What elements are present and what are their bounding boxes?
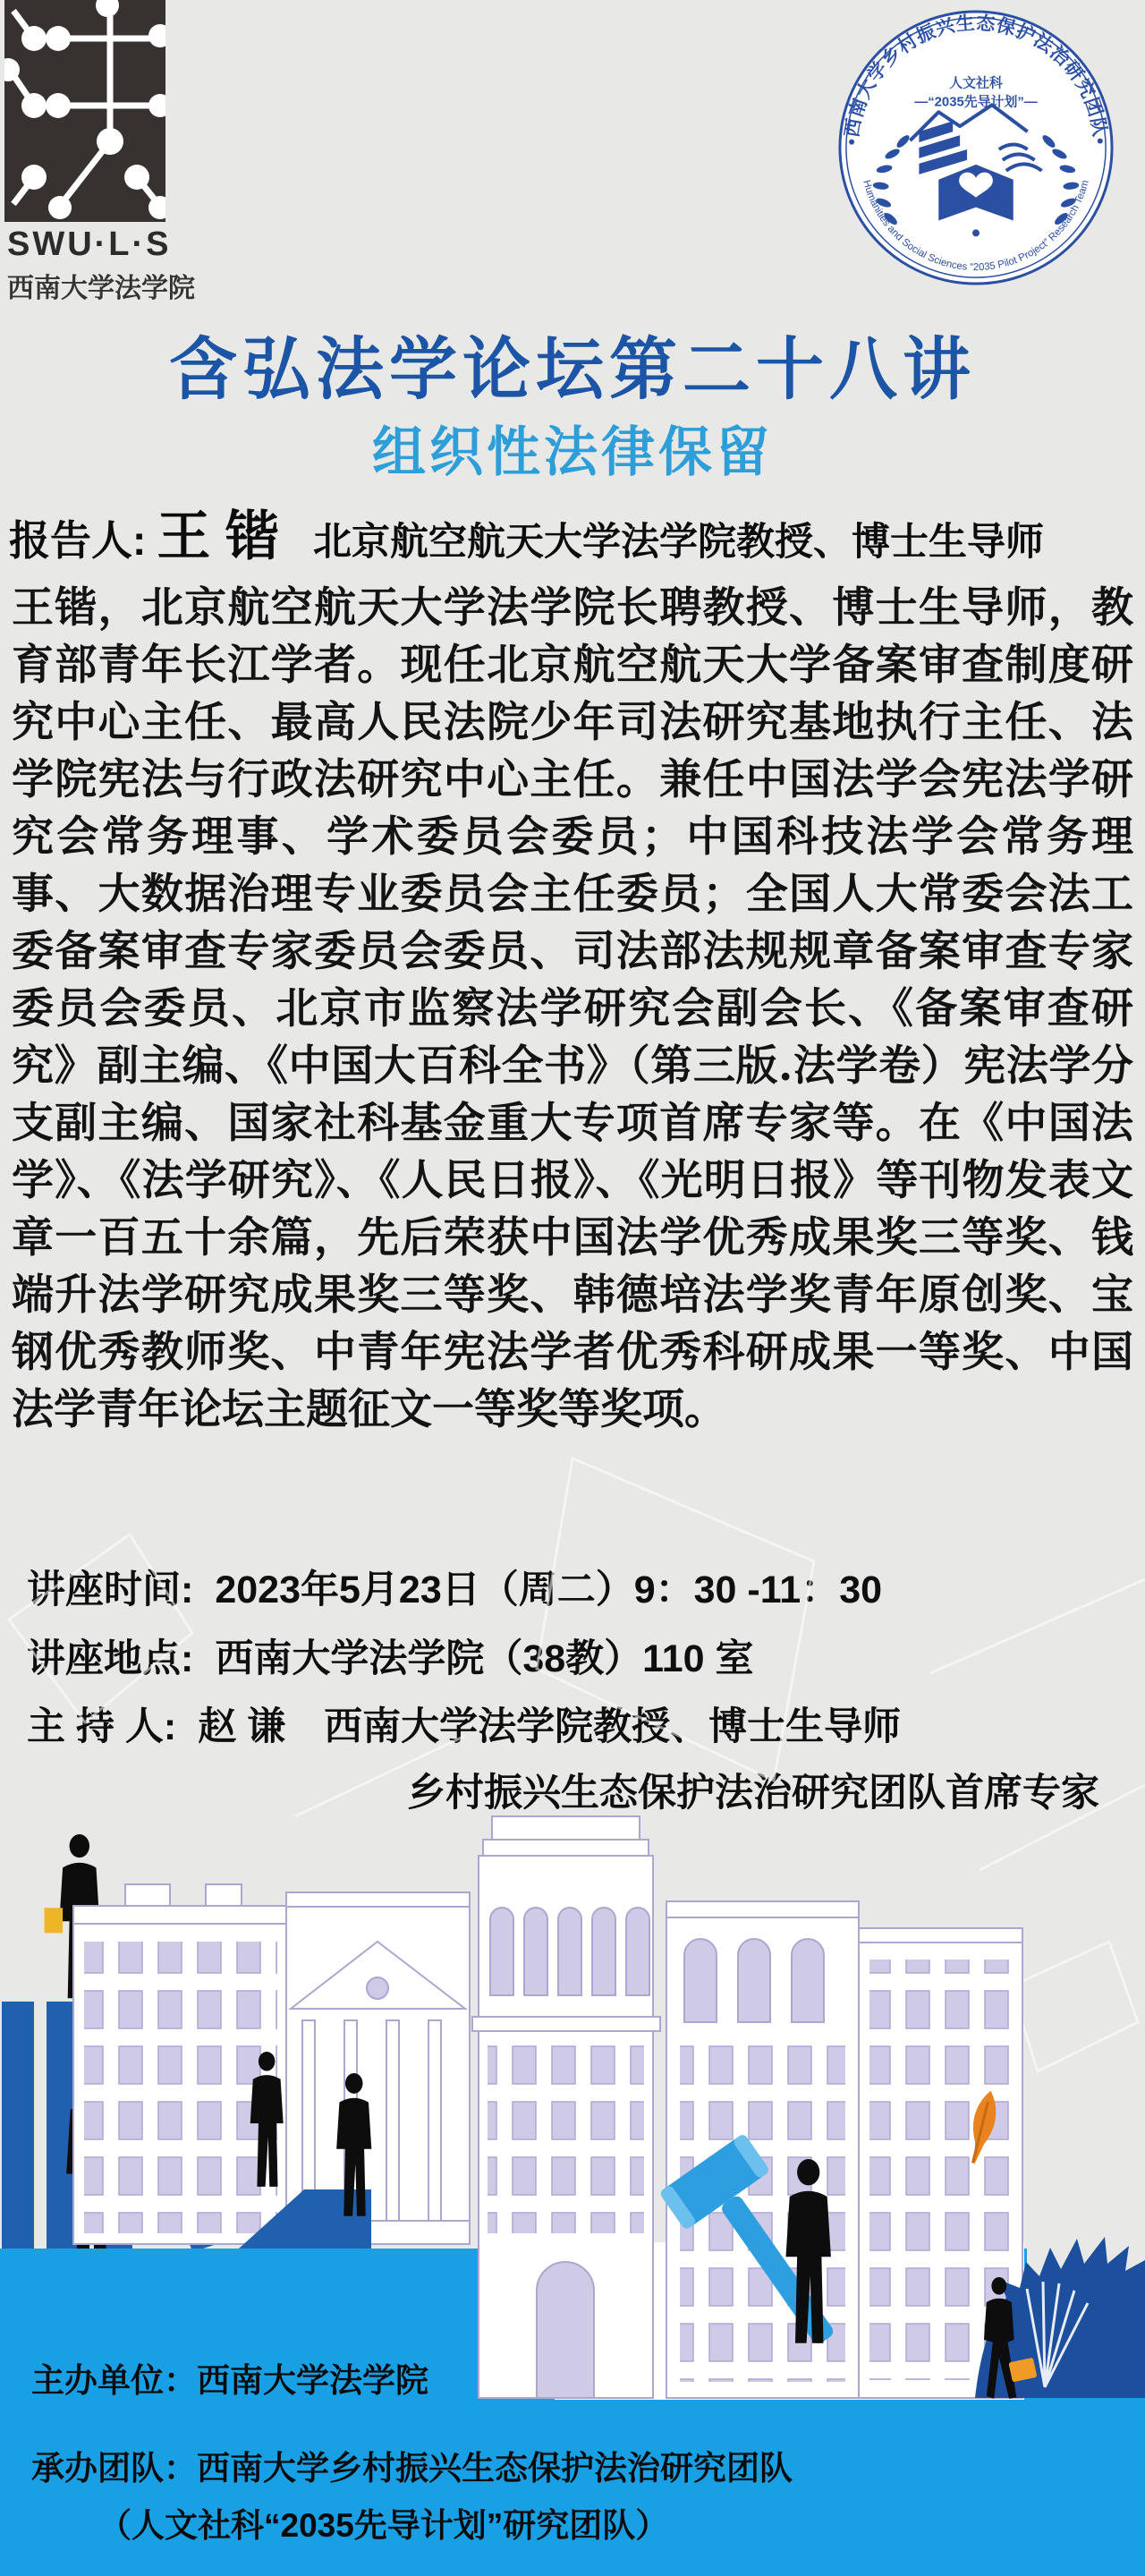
host-label: 主办单位： (31, 2362, 197, 2399)
speaker-affiliation: 北京航空航天大学法学院教授、博士生导师 (313, 512, 1044, 566)
forum-title: 含弘法学论坛第二十八讲 (0, 315, 1145, 412)
speaker-bio: 王锴，北京航空航天大学法学院长聘教授、博士生导师，教育部青年长江学者。现任北京航… (12, 580, 1133, 1439)
research-team-badge: •西南大学乡村振兴生态保护法治研究团队• Humanities and Soci… (834, 5, 1118, 290)
law-school-logo-block: SWU·L·S 西南大学法学院 (4, 0, 219, 305)
speaker-label: 报告人: (9, 508, 146, 567)
logo-acronym: SWU·L·S (7, 225, 219, 264)
badge-program-line1: 人文社科 (949, 74, 1003, 90)
lecture-topic: 组织性法律保留 (0, 410, 1145, 487)
organizer-value: 西南大学乡村振兴生态保护法治研究团队 (197, 2450, 793, 2487)
logo-school-name: 西南大学法学院 (7, 266, 219, 305)
badge-program-line2: —“2035先导计划”— (914, 93, 1037, 109)
lecture-poster: SWU·L·S 西南大学法学院 •西南大学乡村振兴生态保护法治研究团队• Hum… (0, 0, 1145, 2576)
law-school-logo-icon (4, 0, 165, 222)
organizer-note: （人文社科“2035先导计划”研究团队） (98, 2507, 668, 2544)
speaker-line: 报告人: 王 锴 北京航空航天大学法学院教授、博士生导师 (9, 494, 1136, 571)
organizer-label: 承办团队： (31, 2450, 197, 2487)
host-line: 主办单位：西南大学法学院 (31, 2353, 428, 2402)
organizer-line: 承办团队：西南大学乡村振兴生态保护法治研究团队 (31, 2441, 793, 2489)
organizer-note-line: （人文社科“2035先导计划”研究团队） (98, 2498, 668, 2546)
speaker-name: 王 锴 (157, 494, 279, 571)
host-value: 西南大学法学院 (197, 2362, 428, 2399)
